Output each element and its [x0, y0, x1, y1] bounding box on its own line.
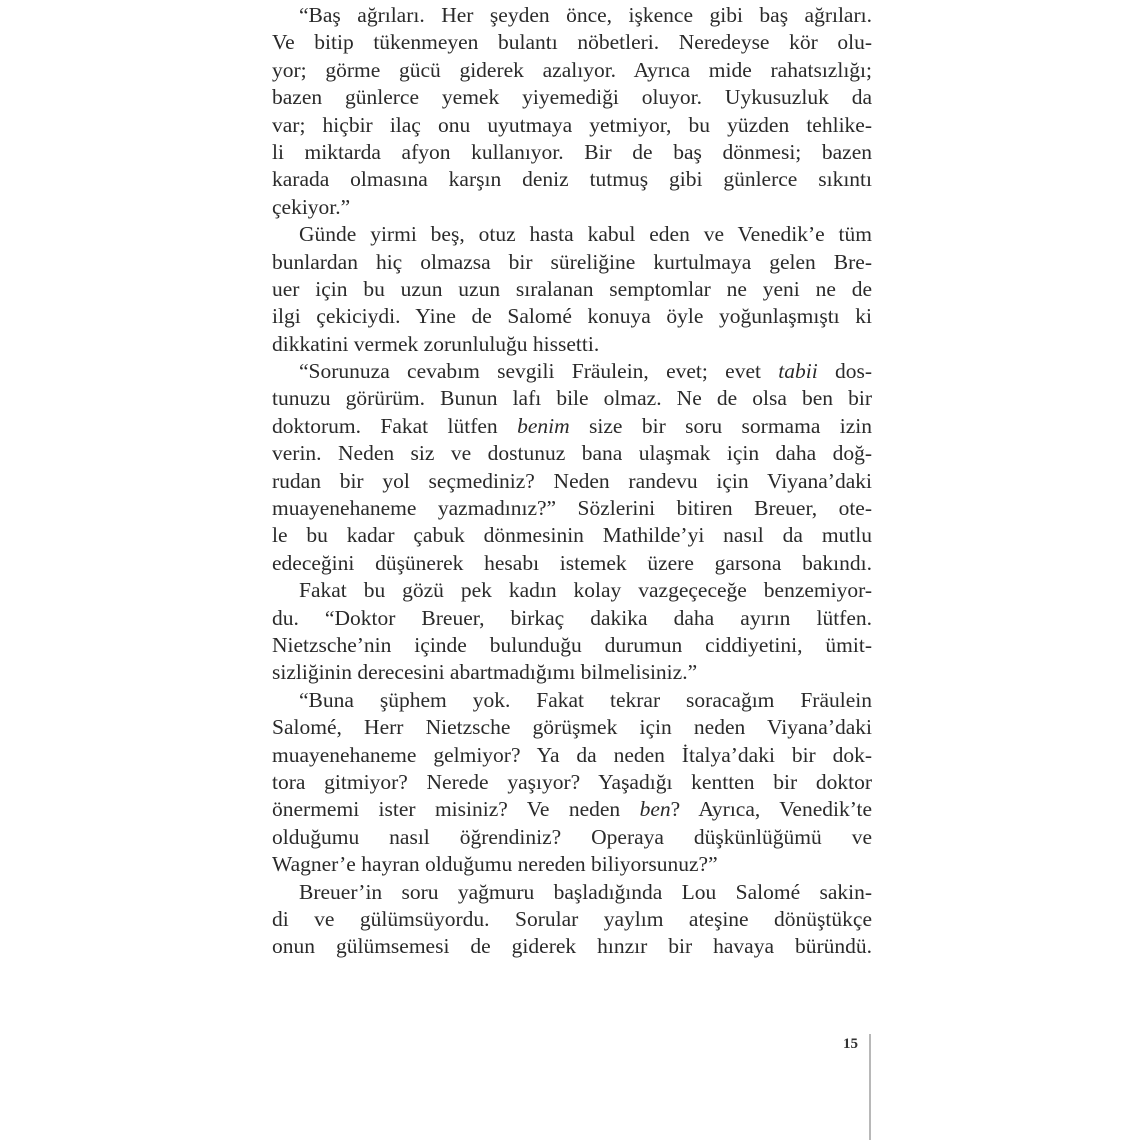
text-line: Salomé, Herr Nietzsche görüşmek için ned… [272, 714, 872, 741]
text-line: Günde yirmi beş, otuz hasta kabul eden v… [272, 221, 872, 248]
text-line: sizliğinin derecesini abartmadığımı bilm… [272, 659, 872, 686]
text-line: bunlardan hiç olmazsa bir süreliğine kur… [272, 249, 872, 276]
text-line: Wagner’e hayran olduğumu nereden biliyor… [272, 851, 872, 878]
text-line: Nietzsche’nin içinde bulunduğu durumun c… [272, 632, 872, 659]
text-line: uer için bu uzun uzun sıralanan semptoml… [272, 276, 872, 303]
text-line: verin. Neden siz ve dostunuz bana ulaşma… [272, 440, 872, 467]
text-line: doktorum. Fakat lütfen benim size bir so… [272, 413, 872, 440]
text-line: rudan bir yol seçmediniz? Neden randevu … [272, 468, 872, 495]
text-line: Fakat bu gözü pek kadın kolay vazgeçeceğ… [272, 577, 872, 604]
text-line: tora gitmiyor? Nerede yaşıyor? Yaşadığı … [272, 769, 872, 796]
page-number: 15 [834, 1036, 858, 1053]
text-line: “Sorunuza cevabım sevgili Fräulein, evet… [272, 358, 872, 385]
text-line: “Baş ağrıları. Her şeyden önce, işkence … [272, 2, 872, 29]
text-line: edeceğini düşünerek hesabı istemek üzere… [272, 550, 872, 577]
text-line: olduğumu nasıl öğrendiniz? Operaya düşkü… [272, 824, 872, 851]
book-page-text: “Baş ağrıları. Her şeyden önce, işkence … [272, 0, 872, 961]
text-line: li miktarda afyon kullanıyor. Bir de baş… [272, 139, 872, 166]
text-line: dikkatini vermek zorunluluğu hissetti. [272, 331, 872, 358]
text-line: bazen günlerce yemek yiyemediği oluyor. … [272, 84, 872, 111]
text-line: karada olmasına karşın deniz tutmuş gibi… [272, 166, 872, 193]
text-line: “Buna şüphem yok. Fakat tekrar soracağım… [272, 687, 872, 714]
text-line: önermemi ister misiniz? Ve neden ben? Ay… [272, 796, 872, 823]
text-line: çekiyor.” [272, 194, 872, 221]
text-line: Ve bitip tükenmeyen bulantı nöbetleri. N… [272, 29, 872, 56]
text-line: le bu kadar çabuk dönmesinin Mathilde’yi… [272, 522, 872, 549]
page-edge-rule [869, 1034, 871, 1140]
text-line: muayenehaneme yazmadınız?” Sözlerini bit… [272, 495, 872, 522]
text-line: Breuer’in soru yağmuru başladığında Lou … [272, 879, 872, 906]
text-line: tunuzu görürüm. Bunun lafı bile olmaz. N… [272, 385, 872, 412]
text-line: ilgi çekiciydi. Yine de Salomé konuya öy… [272, 303, 872, 330]
text-line: du. “Doktor Breuer, birkaç dakika daha a… [272, 605, 872, 632]
text-line: di ve gülümsüyordu. Sorular yaylım ateşi… [272, 906, 872, 933]
text-line: var; hiçbir ilaç onu uyutmaya yetmiyor, … [272, 112, 872, 139]
text-line: muayenehaneme gelmiyor? Ya da neden İtal… [272, 742, 872, 769]
text-line: onun gülümsemesi de giderek hınzır bir h… [272, 933, 872, 960]
text-line: yor; görme gücü giderek azalıyor. Ayrıca… [272, 57, 872, 84]
